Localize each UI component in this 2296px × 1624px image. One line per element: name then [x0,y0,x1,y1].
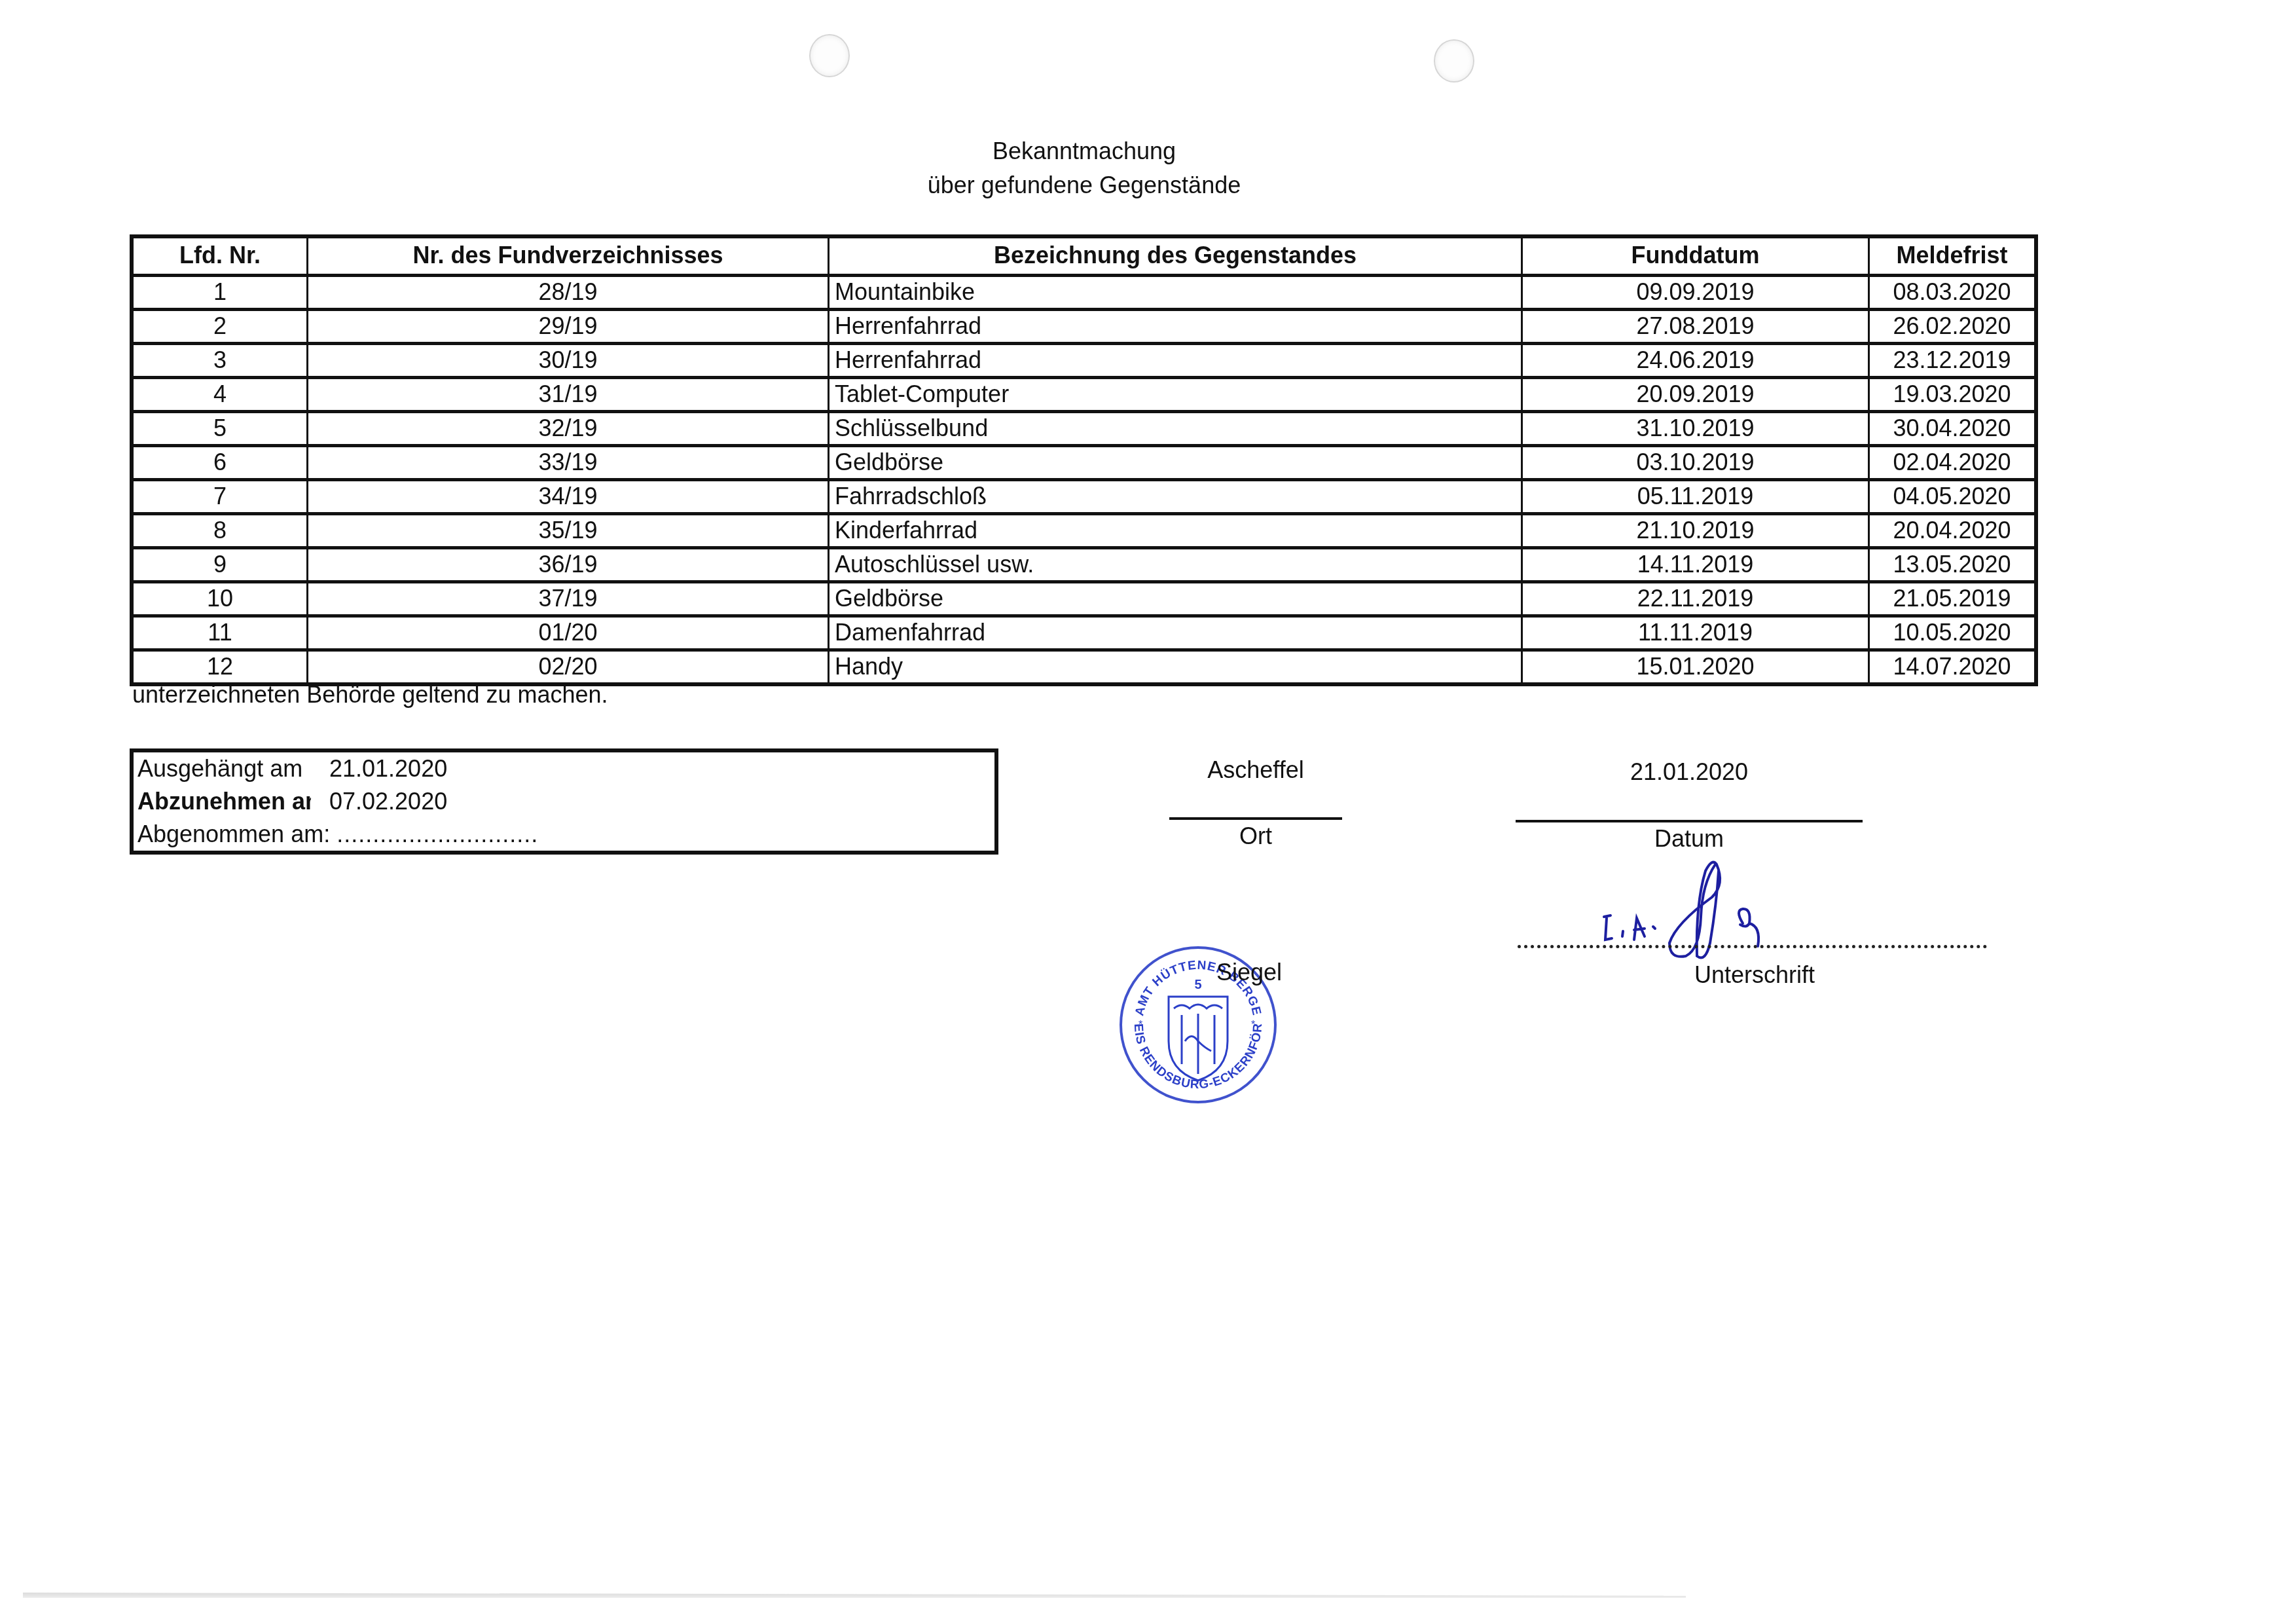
cell-lfd-nr: 10 [134,583,306,614]
cell-meldefrist: 02.04.2020 [1868,447,2034,478]
cell-funddatum: 11.11.2019 [1521,618,1868,648]
cell-bezeichnung: Geldbörse [828,447,1521,478]
header-lfd-nr: Lfd. Nr. [134,238,306,274]
cell-funddatum: 21.10.2019 [1521,515,1868,546]
signature-dotted-line [1518,945,1987,948]
seal-label: Siegel [1216,959,1282,986]
cell-funddatum: 27.08.2019 [1521,311,1868,342]
cell-meldefrist: 04.05.2020 [1868,481,2034,512]
table-row: 633/19Geldbörse03.10.201902.04.2020 [134,444,2034,478]
cell-bezeichnung: Herrenfahrrad [828,311,1521,342]
cell-lfd-nr: 9 [134,549,306,580]
cell-lfd-nr: 12 [134,652,306,682]
cell-meldefrist: 23.12.2019 [1868,345,2034,376]
punch-hole-left [809,34,850,77]
cell-lfd-nr: 6 [134,447,306,478]
cell-meldefrist: 19.03.2020 [1868,379,2034,410]
cell-bezeichnung: Fahrradschloß [828,481,1521,512]
svg-text:*: * [1139,1020,1142,1031]
place-rule [1169,817,1342,820]
cell-funddatum: 15.01.2020 [1521,652,1868,682]
cell-fundverzeichnis-nr: 35/19 [306,515,828,546]
removed-label: Abgenommen am: [137,818,330,851]
cell-bezeichnung: Herrenfahrrad [828,345,1521,376]
cell-fundverzeichnis-nr: 33/19 [306,447,828,478]
header-bezeichnung: Bezeichnung des Gegenstandes [828,238,1521,274]
cell-fundverzeichnis-nr: 36/19 [306,549,828,580]
posted-label: Ausgehängt am [137,752,311,785]
place-value: Ascheffel [1169,756,1342,784]
svg-text:*: * [1251,1020,1255,1031]
cell-meldefrist: 14.07.2020 [1868,652,2034,682]
handwritten-signature [1571,845,1820,976]
table-row: 1202/20Handy15.01.202014.07.2020 [134,648,2034,682]
cell-lfd-nr: 5 [134,413,306,444]
cell-lfd-nr: 4 [134,379,306,410]
cell-bezeichnung: Geldbörse [828,583,1521,614]
cell-fundverzeichnis-nr: 02/20 [306,652,828,682]
cell-fundverzeichnis-nr: 31/19 [306,379,828,410]
cell-meldefrist: 30.04.2020 [1868,413,2034,444]
place-label: Ort [1169,822,1342,850]
cell-funddatum: 22.11.2019 [1521,583,1868,614]
document-subtitle: über gefundene Gegenstände [0,172,2168,199]
cell-meldefrist: 20.04.2020 [1868,515,2034,546]
cell-bezeichnung: Handy [828,652,1521,682]
cell-funddatum: 03.10.2019 [1521,447,1868,478]
remove-value: 07.02.2020 [311,785,447,818]
cell-funddatum: 20.09.2019 [1521,379,1868,410]
cell-lfd-nr: 1 [134,277,306,308]
cell-funddatum: 09.09.2019 [1521,277,1868,308]
cell-bezeichnung: Schlüsselbund [828,413,1521,444]
cell-meldefrist: 10.05.2020 [1868,618,2034,648]
date-value: 21.01.2020 [1516,758,1863,786]
document-title: Bekanntmachung [0,138,2168,165]
table-row: 734/19Fahrradschloß05.11.201904.05.2020 [134,478,2034,512]
cell-fundverzeichnis-nr: 28/19 [306,277,828,308]
cell-lfd-nr: 3 [134,345,306,376]
punch-hole-right [1434,39,1474,83]
header-fundverzeichnis-nr: Nr. des Fundverzeichnisses [306,238,828,274]
cell-fundverzeichnis-nr: 37/19 [306,583,828,614]
table-row: 330/19Herrenfahrrad24.06.201923.12.2019 [134,342,2034,376]
date-rule [1516,820,1863,822]
cell-bezeichnung: Damenfahrrad [828,618,1521,648]
cell-fundverzeichnis-nr: 32/19 [306,413,828,444]
cell-bezeichnung: Tablet-Computer [828,379,1521,410]
table-row: 835/19Kinderfahrrad21.10.201920.04.2020 [134,512,2034,546]
cell-lfd-nr: 7 [134,481,306,512]
cell-fundverzeichnis-nr: 34/19 [306,481,828,512]
table-row: 431/19Tablet-Computer20.09.201919.03.202… [134,376,2034,410]
scan-edge-line [23,1593,1686,1598]
svg-text:5: 5 [1194,978,1201,992]
cell-meldefrist: 21.05.2019 [1868,583,2034,614]
header-meldefrist: Meldefrist [1868,238,2034,274]
cell-lfd-nr: 8 [134,515,306,546]
posted-value: 21.01.2020 [311,752,447,785]
cell-funddatum: 24.06.2019 [1521,345,1868,376]
table-row: 128/19Mountainbike09.09.201908.03.2020 [134,274,2034,308]
table-header-row: Lfd. Nr. Nr. des Fundverzeichnisses Beze… [134,238,2034,274]
note-text: unterzeichneten Behörde geltend zu mache… [132,681,608,709]
found-items-table: Lfd. Nr. Nr. des Fundverzeichnisses Beze… [130,234,2038,686]
cell-meldefrist: 08.03.2020 [1868,277,2034,308]
cell-funddatum: 05.11.2019 [1521,481,1868,512]
cell-fundverzeichnis-nr: 29/19 [306,311,828,342]
remove-row: Abzunehmen am 07.02.2020 [137,785,994,818]
cell-fundverzeichnis-nr: 01/20 [306,618,828,648]
table-row: 936/19Autoschlüssel usw.14.11.201913.05.… [134,546,2034,580]
cell-lfd-nr: 2 [134,311,306,342]
removed-row: Abgenommen am: .........................… [137,818,994,851]
cell-bezeichnung: Mountainbike [828,277,1521,308]
table-row: 1101/20Damenfahrrad11.11.201910.05.2020 [134,614,2034,648]
table-row: 532/19Schlüsselbund31.10.201930.04.2020 [134,410,2034,444]
cell-bezeichnung: Kinderfahrrad [828,515,1521,546]
cell-funddatum: 14.11.2019 [1521,549,1868,580]
table-row: 1037/19Geldbörse22.11.201921.05.2019 [134,580,2034,614]
cell-funddatum: 31.10.2019 [1521,413,1868,444]
cell-bezeichnung: Autoschlüssel usw. [828,549,1521,580]
cell-fundverzeichnis-nr: 30/19 [306,345,828,376]
cell-meldefrist: 26.02.2020 [1868,311,2034,342]
posted-row: Ausgehängt am 21.01.2020 [137,752,994,785]
removed-value: ............................ [330,818,538,851]
remove-label: Abzunehmen am [137,785,311,818]
table-row: 229/19Herrenfahrrad27.08.201926.02.2020 [134,308,2034,342]
table-body: 128/19Mountainbike09.09.201908.03.202022… [134,274,2034,682]
cell-lfd-nr: 11 [134,618,306,648]
signature-label: Unterschrift [1604,961,1905,989]
posting-box: Ausgehängt am 21.01.2020 Abzunehmen am 0… [130,748,998,855]
header-funddatum: Funddatum [1521,238,1868,274]
cell-meldefrist: 13.05.2020 [1868,549,2034,580]
